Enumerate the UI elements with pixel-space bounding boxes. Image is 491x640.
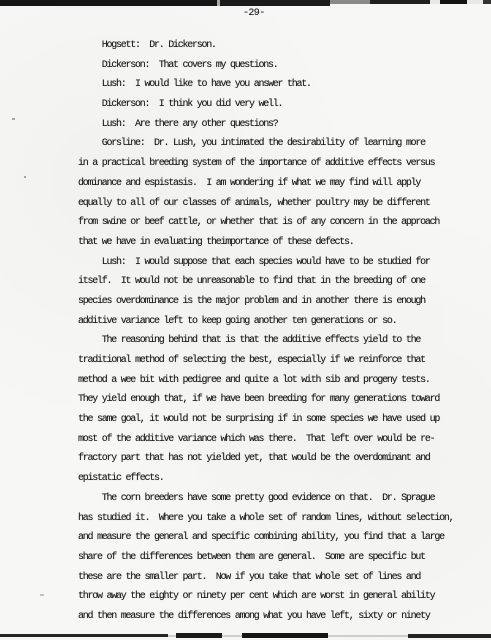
text-line: itself. It would not be unreasonable to … <box>78 272 478 292</box>
text-line: Hogsett: Dr. Dickerson. <box>78 36 478 56</box>
text-line: equally to all of our classes of animals… <box>78 194 478 214</box>
text-line: traditional method of selecting the best… <box>78 351 478 371</box>
transcript-body: Hogsett: Dr. Dickerson. Dickerson: That … <box>78 36 478 627</box>
text-line: dominance and espistasis. I am wondering… <box>78 174 478 194</box>
scan-edge-bottom-segment <box>0 634 168 637</box>
scan-edge-top-trim <box>330 4 491 7</box>
text-line: Gorsline: Dr. Lush, you intimated the de… <box>78 134 478 154</box>
scan-speck <box>24 176 26 178</box>
text-line: The reasoning behind that is that the ad… <box>78 331 478 351</box>
text-line: and then measure the differences among w… <box>78 607 478 627</box>
text-line: They yield enough that, if we have been … <box>78 390 478 410</box>
text-line: fractory part that has not yielded yet, … <box>78 449 478 469</box>
text-line: Lush: Are there any other questions? <box>78 115 478 135</box>
scan-edge-bottom-segment <box>176 633 222 638</box>
text-line: that we have in evaluating theimportance… <box>78 233 478 253</box>
text-line: these are the smaller part. Now if you t… <box>78 568 478 588</box>
text-line: most of the additive variance which was … <box>78 430 478 450</box>
text-line: share of the differences between them ar… <box>78 548 478 568</box>
text-line: Dickerson: That covers my questions. <box>78 56 478 76</box>
text-line: additive variance left to keep going ano… <box>78 312 478 332</box>
text-line: the same goal, it would not be surprisin… <box>78 410 478 430</box>
text-line: throw away the eighty or ninety per cent… <box>78 587 478 607</box>
scan-speck <box>12 118 15 120</box>
text-line: The corn breeders have some pretty good … <box>78 489 478 509</box>
text-line: epistatic effects. <box>78 469 478 489</box>
scan-edge-bottom-segment <box>408 634 491 638</box>
scan-speck <box>40 594 44 596</box>
text-line: Dickerson: I think you did very well. <box>78 95 478 115</box>
text-line: Lush: I would suppose that each species … <box>78 253 478 273</box>
page-number: -29- <box>243 8 265 19</box>
text-line: from swine or beef cattle, or whether th… <box>78 213 478 233</box>
text-line: in a practical breeding system of the im… <box>78 154 478 174</box>
text-line: Lush: I would like to have you answer th… <box>78 75 478 95</box>
text-line: has studied it. Where you take a whole s… <box>78 509 478 529</box>
scan-edge-bottom-segment <box>242 633 328 638</box>
text-line: method a wee bit with pedigree and quite… <box>78 371 478 391</box>
text-line: and measure the general and specific com… <box>78 528 478 548</box>
text-line: species overdominance is the major probl… <box>78 292 478 312</box>
